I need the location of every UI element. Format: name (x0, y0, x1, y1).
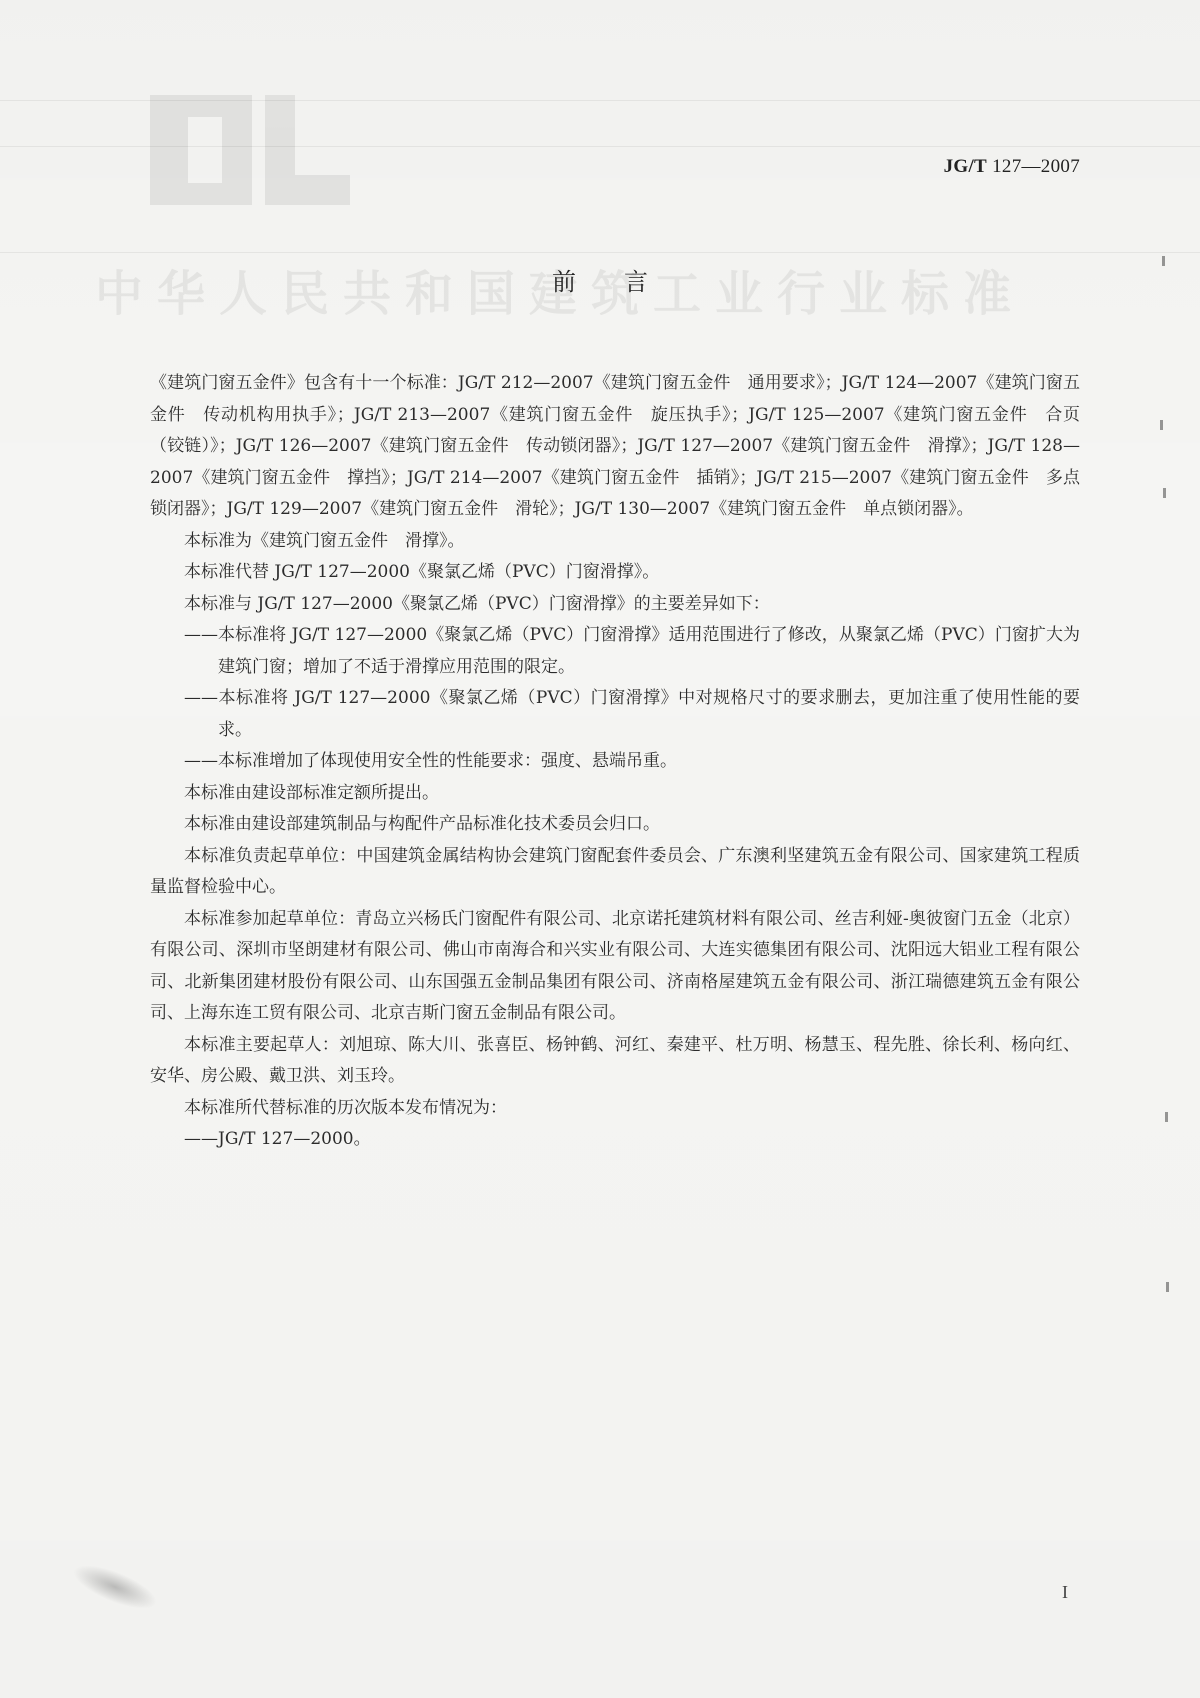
page-number: I (1062, 1582, 1068, 1603)
paragraph-drafters: 本标准主要起草人：刘旭琼、陈大川、张喜臣、杨钟鹤、河红、秦建平、杜万明、杨慧玉、… (150, 1030, 1080, 1093)
document-body: 《建筑门窗五金件》包含有十一个标准：JG/T 212—2007《建筑门窗五金件 … (150, 368, 1080, 1156)
dash-item-text: 本标准将 JG/T 127—2000《聚氯乙烯（PVC）门窗滑撑》中对规格尺寸的… (218, 688, 1080, 740)
dash-item-text: 本标准增加了体现使用安全性的性能要求：强度、悬端吊重。 (218, 751, 677, 771)
dash-item-text: 本标准将 JG/T 127—2000《聚氯乙烯（PVC）门窗滑撑》适用范围进行了… (218, 625, 1080, 677)
dash-list-item: ——本标准将 JG/T 127—2000《聚氯乙烯（PVC）门窗滑撑》中对规格尺… (150, 683, 1080, 746)
standard-code: JG/T 127—2007 (944, 156, 1080, 178)
dash-marker: —— (184, 751, 218, 771)
scan-edge-mark (1162, 256, 1165, 266)
dash-list-item: ——本标准将 JG/T 127—2000《聚氯乙烯（PVC）门窗滑撑》适用范围进… (150, 620, 1080, 683)
paragraph: 本标准代替 JG/T 127—2000《聚氯乙烯（PVC）门窗滑撑》。 (150, 557, 1080, 589)
dash-marker: —— (184, 688, 218, 708)
paragraph-participating-units: 本标准参加起草单位：青岛立兴杨氏门窗配件有限公司、北京诺托建筑材料有限公司、丝吉… (150, 904, 1080, 1030)
scan-artifact-line (0, 252, 1200, 253)
scan-edge-mark (1160, 420, 1163, 430)
standard-code-prefix: JG/T (944, 156, 987, 177)
paragraph-standards-list: 《建筑门窗五金件》包含有十一个标准：JG/T 212—2007《建筑门窗五金件 … (150, 368, 1080, 526)
paragraph-drafting-units: 本标准负责起草单位：中国建筑金属结构协会建筑门窗配套件委员会、广东澳利坚建筑五金… (150, 841, 1080, 904)
history-version-item: ——JG/T 127—2000。 (150, 1124, 1080, 1156)
paragraph: 本标准所代替标准的历次版本发布情况为： (150, 1093, 1080, 1125)
dash-marker: —— (184, 625, 218, 645)
page-title: 前言 (0, 262, 1200, 297)
paragraph: 本标准由建设部标准定额所提出。 (150, 778, 1080, 810)
paragraph: 本标准与 JG/T 127—2000《聚氯乙烯（PVC）门窗滑撑》的主要差异如下… (150, 589, 1080, 621)
scan-edge-mark (1165, 1112, 1168, 1122)
paragraph: 本标准为《建筑门窗五金件 滑撑》。 (150, 526, 1080, 558)
scan-edge-mark (1166, 1282, 1169, 1292)
dash-list-item: ——本标准增加了体现使用安全性的性能要求：强度、悬端吊重。 (150, 746, 1080, 778)
show-through-logo (150, 95, 350, 210)
scan-edge-mark (1163, 488, 1166, 498)
paragraph: 本标准由建设部建筑制品与构配件产品标准化技术委员会归口。 (150, 809, 1080, 841)
standard-code-number: 127—2007 (992, 156, 1080, 177)
